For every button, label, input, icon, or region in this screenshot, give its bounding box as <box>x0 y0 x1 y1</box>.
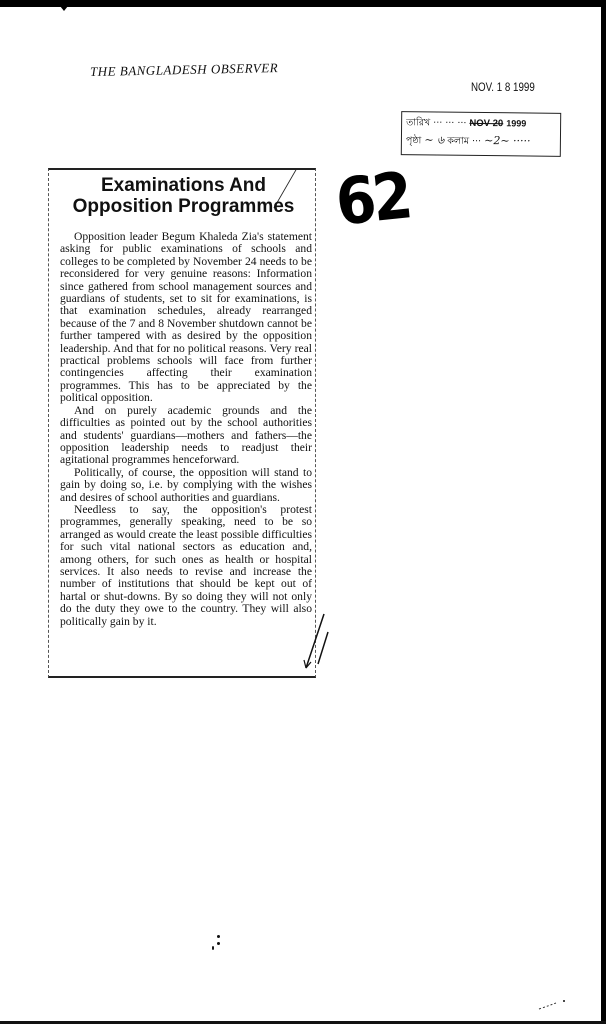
stamp-date-value: NOV 20 <box>469 118 503 129</box>
handwritten-page-number: 62 <box>333 164 412 235</box>
scan-border-right <box>601 0 606 1024</box>
date-stamp: NOV. 1 8 1999 <box>471 82 535 94</box>
article-paragraph: And on purely academic grounds and the d… <box>60 405 312 467</box>
headline-line-1: Examinations And <box>56 175 311 196</box>
stamp-page-row: পৃষ্ঠা ~ ৬ কলাম ··· ~2~ ····· <box>406 131 556 151</box>
archive-stamp: তারিখ ··· ··· ··· NOV 20 1999 পৃষ্ঠা ~ ৬… <box>401 111 561 157</box>
scan-border-top <box>0 0 606 7</box>
stamp-date-label: তারিখ ··· ··· ··· <box>406 117 466 129</box>
stamp-column-value: ~2~ ····· <box>484 134 531 147</box>
scan-notch <box>60 6 68 11</box>
scan-scribble <box>538 998 568 1010</box>
stamp-date-row: তারিখ ··· ··· ··· NOV 20 1999 <box>406 114 556 133</box>
article-paragraph: Politically, of course, the opposition w… <box>60 467 312 504</box>
stamp-page-value: ~ ৬ <box>424 133 444 146</box>
article-headline: Examinations And Opposition Programmes <box>56 175 311 217</box>
article-paragraph: Needless to say, the opposition's protes… <box>60 504 312 628</box>
stamp-page-label: পৃষ্ঠা <box>406 135 422 146</box>
stamp-date-year: 1999 <box>506 118 526 128</box>
stamp-column-label: কলাম ··· <box>447 136 481 147</box>
headline-line-2: Opposition Programmes <box>56 196 311 217</box>
pen-slash-mark <box>300 612 330 672</box>
scan-specks <box>212 932 222 952</box>
publication-name: THE BANGLADESH OBSERVER <box>90 60 278 80</box>
article-body: Opposition leader Begum Khaleda Zia's st… <box>60 231 312 628</box>
article-paragraph: Opposition leader Begum Khaleda Zia's st… <box>60 231 312 405</box>
